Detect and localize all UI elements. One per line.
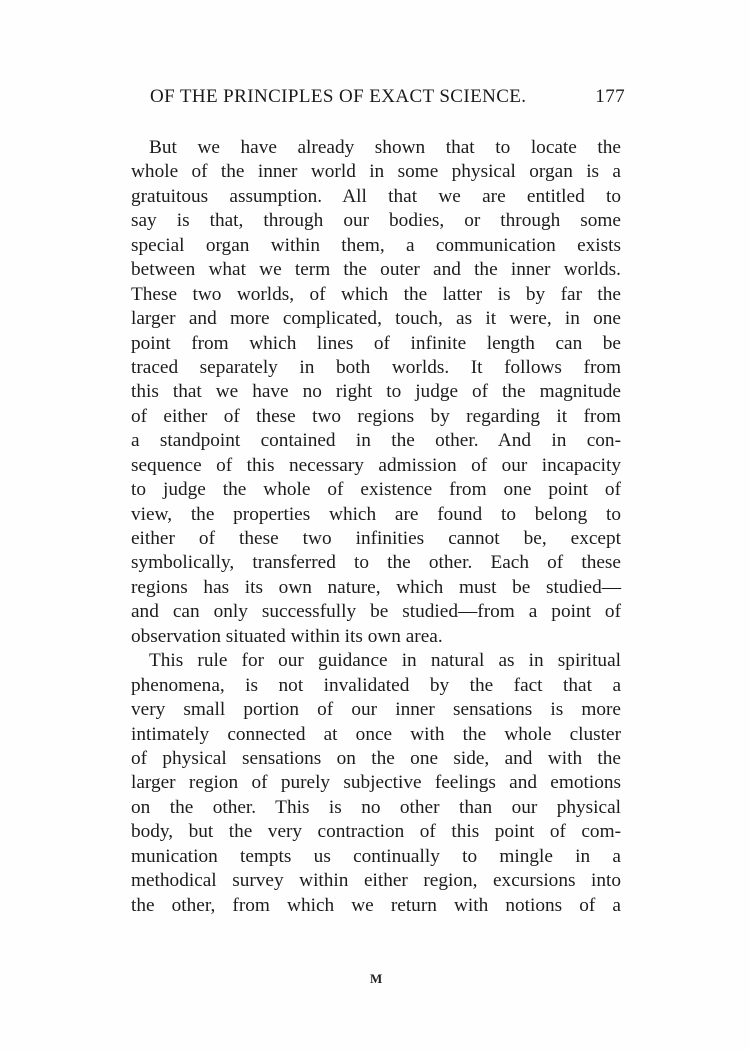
text-line: traced separately in both worlds. It fol… <box>131 356 621 380</box>
text-line: whole of the inner world in some physica… <box>131 160 621 184</box>
text-line: very small portion of our inner sensatio… <box>131 698 621 722</box>
text-line: and can only successfully be studied—fro… <box>131 600 621 624</box>
text-line: larger and more complicated, touch, as i… <box>131 307 621 331</box>
signature-mark: M <box>370 971 382 987</box>
paragraph-2: This rule for our guidance in natural as… <box>131 649 621 918</box>
text-line: between what we term the outer and the i… <box>131 258 621 282</box>
text-line: symbolically, transferred to the other. … <box>131 551 621 575</box>
text-line: to judge the whole of existence from one… <box>131 478 621 502</box>
text-line: special organ within them, a communicati… <box>131 234 621 258</box>
text-line: regions has its own nature, which must b… <box>131 576 621 600</box>
text-line: These two worlds, of which the latter is… <box>131 283 621 307</box>
page-body: But we have already shown that to locate… <box>131 136 621 918</box>
text-line: point from which lines of infinite lengt… <box>131 332 621 356</box>
text-line: a standpoint contained in the other. And… <box>131 429 621 453</box>
text-line: say is that, through our bodies, or thro… <box>131 209 621 233</box>
text-line: larger region of purely subjective feeli… <box>131 771 621 795</box>
text-line: sequence of this necessary admission of … <box>131 454 621 478</box>
text-line: methodical survey within either region, … <box>131 869 621 893</box>
text-line: This rule for our guidance in natural as… <box>131 649 621 673</box>
text-line: munication tempts us continually to ming… <box>131 845 621 869</box>
running-title: OF THE PRINCIPLES OF EXACT SCIENCE. <box>150 86 526 108</box>
text-line: this that we have no right to judge of t… <box>131 380 621 404</box>
text-line: But we have already shown that to locate… <box>131 136 621 160</box>
book-page: OF THE PRINCIPLES OF EXACT SCIENCE. 177 … <box>0 0 750 1050</box>
text-line: the other, from which we return with not… <box>131 894 621 918</box>
text-line: phenomena, is not invalidated by the fac… <box>131 674 621 698</box>
text-line: body, but the very contraction of this p… <box>131 820 621 844</box>
text-line: gratuitous assumption. All that we are e… <box>131 185 621 209</box>
page-number: 177 <box>595 86 625 108</box>
text-line: on the other. This is no other than our … <box>131 796 621 820</box>
text-line: of either of these two regions by regard… <box>131 405 621 429</box>
text-line: observation situated within its own area… <box>131 625 621 649</box>
text-line: view, the properties which are found to … <box>131 503 621 527</box>
text-line: intimately connected at once with the wh… <box>131 723 621 747</box>
paragraph-1: But we have already shown that to locate… <box>131 136 621 649</box>
text-line: of physical sensations on the one side, … <box>131 747 621 771</box>
text-line: either of these two infinities cannot be… <box>131 527 621 551</box>
running-header: OF THE PRINCIPLES OF EXACT SCIENCE. 177 <box>150 86 625 110</box>
